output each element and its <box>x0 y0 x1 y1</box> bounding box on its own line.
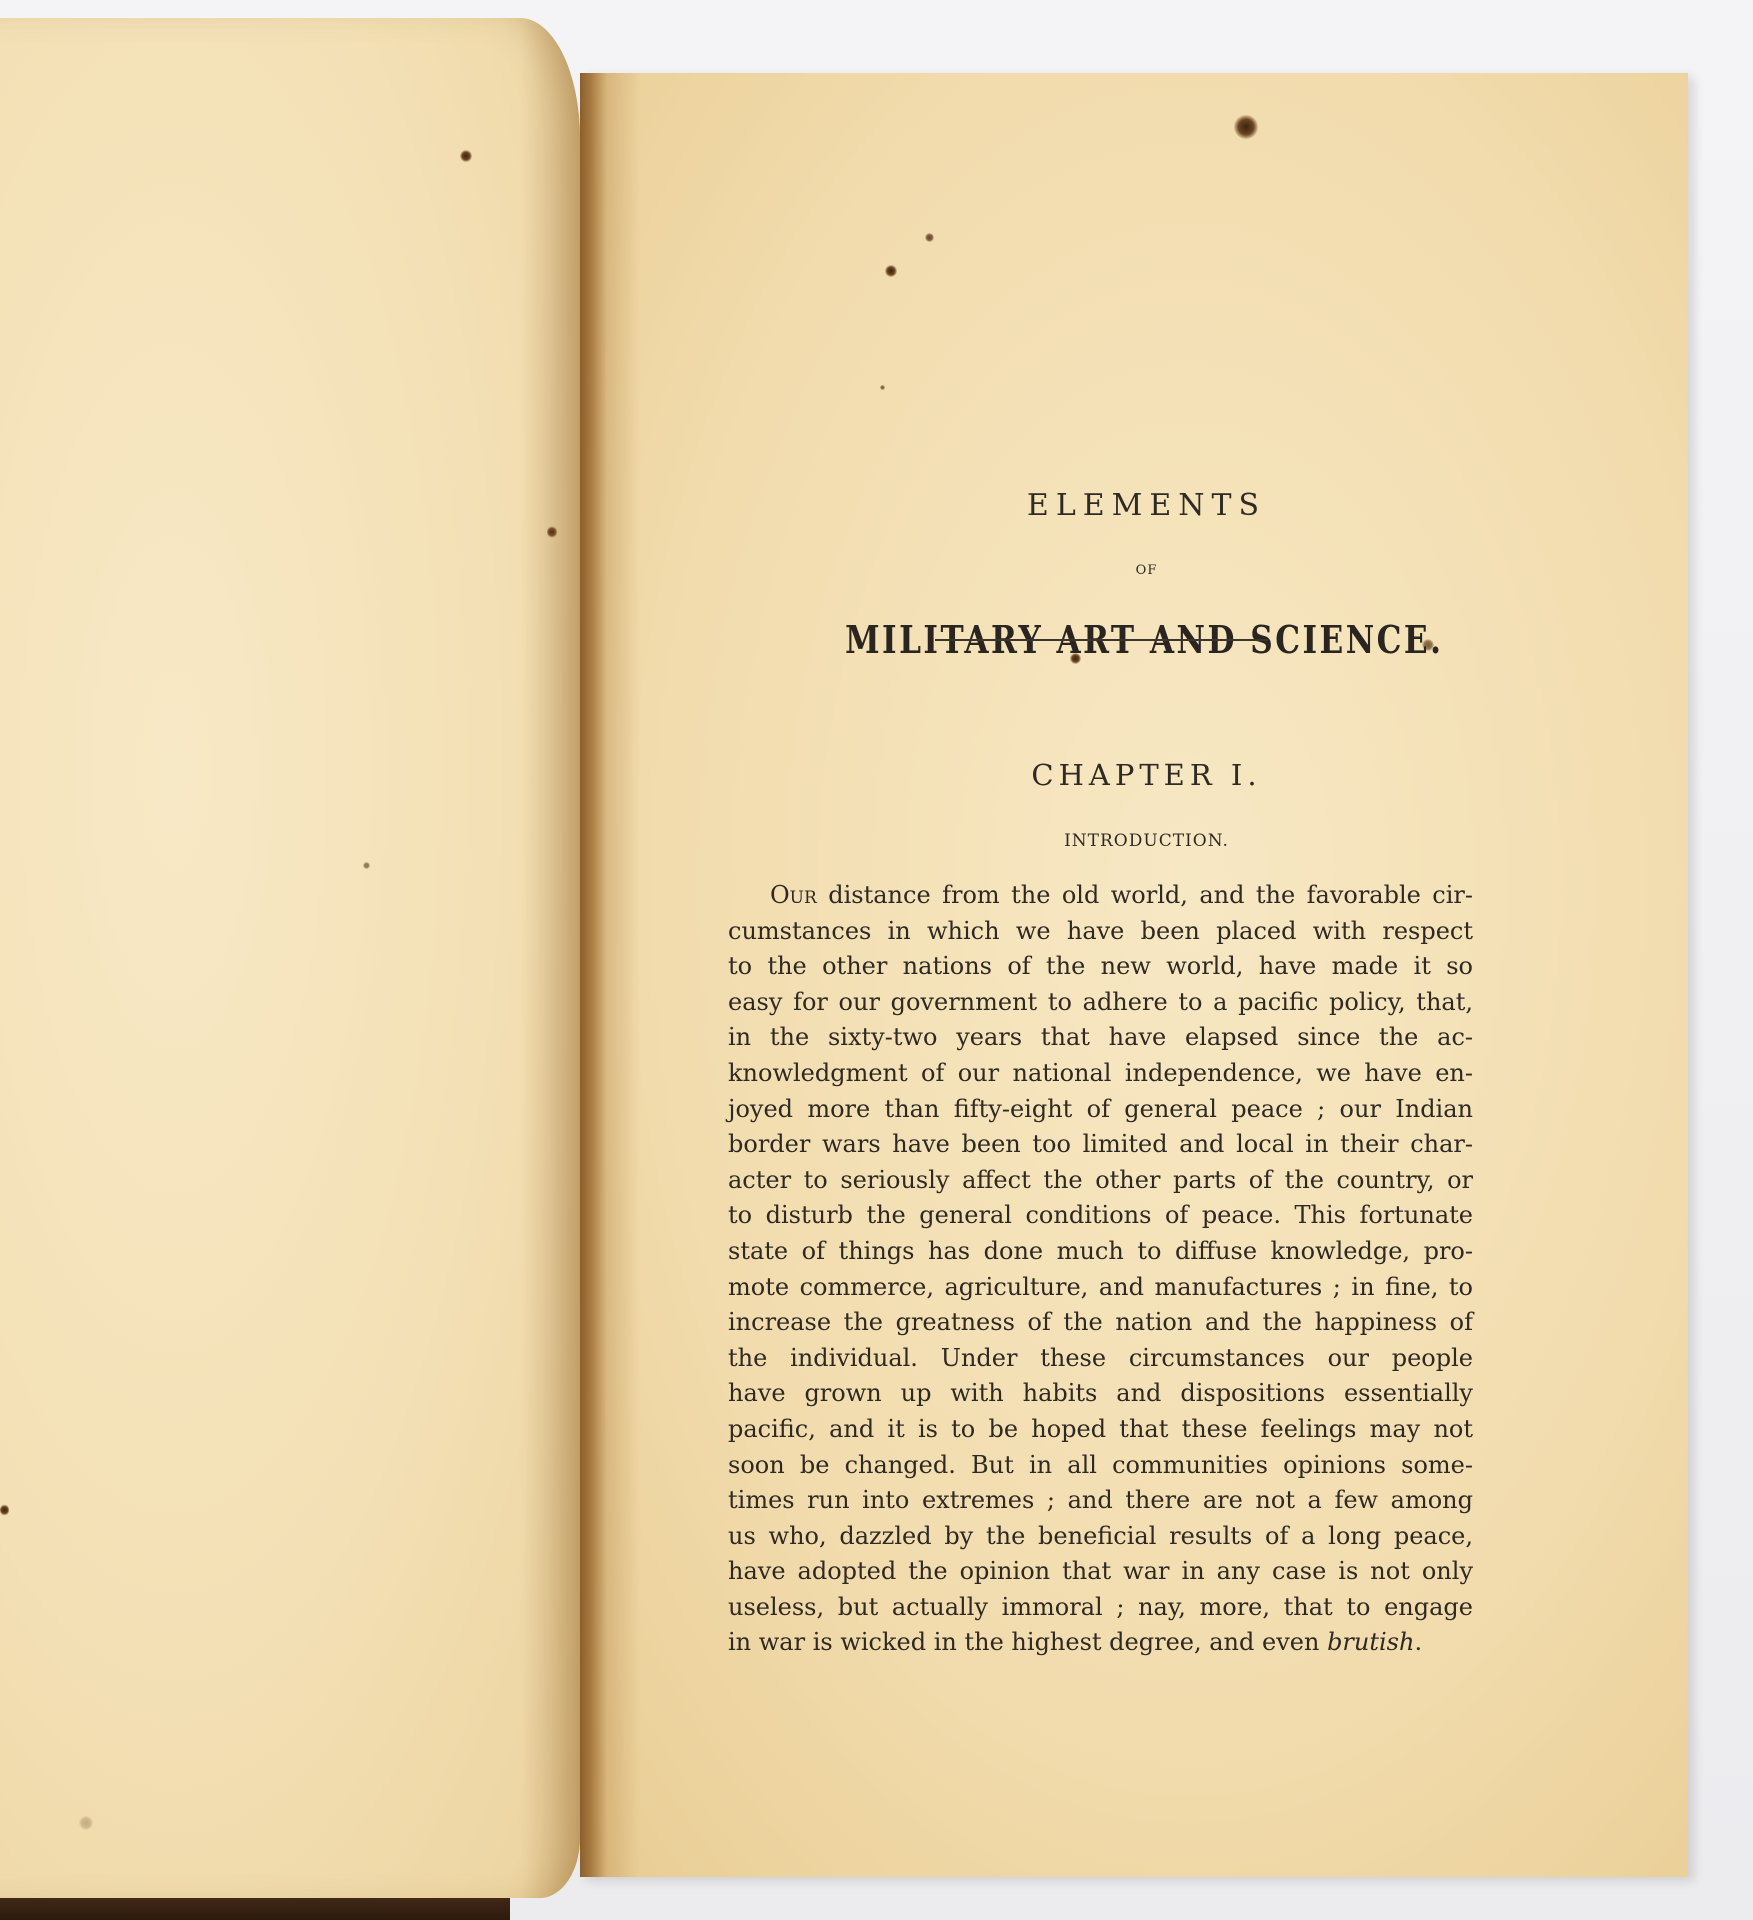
paragraph-line: joyed more than fifty-eight of general p… <box>728 1092 1473 1128</box>
foxing-spot <box>79 1816 93 1830</box>
paragraph-line: us who, dazzled by the beneficial result… <box>728 1519 1473 1555</box>
italic-word: brutish <box>1327 1628 1414 1656</box>
paragraph-line: times run into extremes ; and there are … <box>728 1483 1473 1519</box>
title-of: OF <box>580 563 1688 578</box>
title-elements: ELEMENTS <box>580 488 1688 523</box>
chapter-heading: CHAPTER I. <box>580 758 1688 792</box>
paragraph-line: soon be changed. But in all communities … <box>728 1448 1473 1484</box>
left-page-blank <box>0 18 580 1898</box>
paragraph-line: increase the greatness of the nation and… <box>728 1305 1473 1341</box>
paragraph-line: have grown up with habits and dispositio… <box>728 1376 1473 1412</box>
paragraph-line: in the sixty-two years that have elapsed… <box>728 1020 1473 1056</box>
right-page: ELEMENTS OF MILITARY ART AND SCIENCE. CH… <box>580 73 1688 1877</box>
paragraph-line: acter to seriously affect the other part… <box>728 1163 1473 1199</box>
paragraph-line: to the other nations of the new world, h… <box>728 949 1473 985</box>
paragraph-line: knowledgment of our national independenc… <box>728 1056 1473 1092</box>
paragraph-line: useless, but actually immoral ; nay, mor… <box>728 1590 1473 1626</box>
paragraph-line: border wars have been too limited and lo… <box>728 1127 1473 1163</box>
paragraph-line: pacific, and it is to be hoped that thes… <box>728 1412 1473 1448</box>
paragraph-line: Our distance from the old world, and the… <box>728 878 1473 914</box>
paragraph-line: have adopted the opinion that war in any… <box>728 1554 1473 1590</box>
foxing-spot <box>363 862 370 869</box>
section-heading: INTRODUCTION. <box>580 831 1688 851</box>
foxing-spot <box>460 150 472 162</box>
paragraph-last-line: in war is wicked in the highest degree, … <box>728 1625 1473 1661</box>
page-text: ELEMENTS OF MILITARY ART AND SCIENCE. CH… <box>580 73 1688 1877</box>
title-rule <box>935 639 1268 641</box>
paragraph-line: easy for our government to adhere to a p… <box>728 985 1473 1021</box>
paragraph-line: the individual. Under these circumstance… <box>728 1341 1473 1377</box>
paragraph-line: state of things has done much to diffuse… <box>728 1234 1473 1270</box>
lead-word: Our <box>770 881 817 909</box>
paragraph-line: cumstances in which we have been placed … <box>728 914 1473 950</box>
body-paragraph: Our distance from the old world, and the… <box>728 878 1473 1661</box>
foxing-spot <box>547 526 557 538</box>
paragraph-line: mote commerce, agriculture, and manufact… <box>728 1270 1473 1306</box>
foxing-spot <box>0 1504 9 1516</box>
paragraph-line: to disturb the general conditions of pea… <box>728 1198 1473 1234</box>
